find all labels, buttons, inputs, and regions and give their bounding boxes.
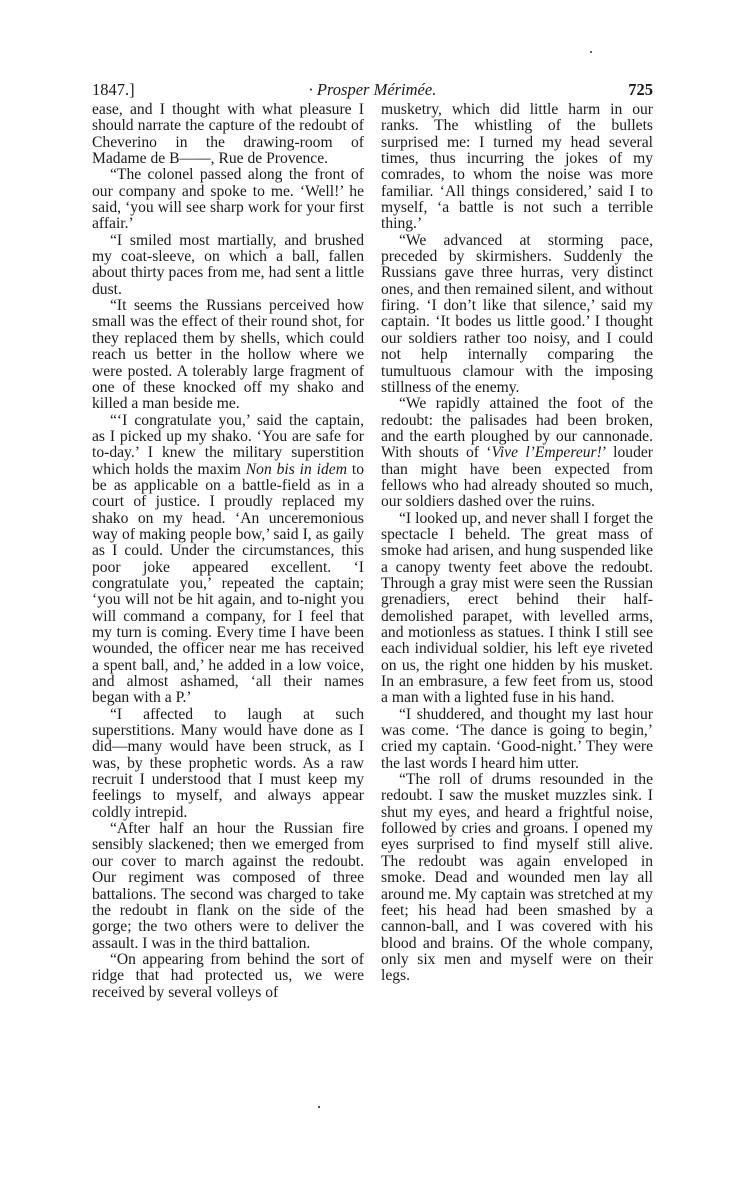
paragraph: “I looked up, and never shall I forget t… bbox=[381, 511, 653, 707]
print-speck-top bbox=[590, 51, 592, 53]
paragraph: “The colonel passed along the front of o… bbox=[92, 167, 364, 232]
paragraph: “‘I congratulate you,’ said the captain,… bbox=[92, 413, 364, 707]
french-exclamation: Vive l’Empereur! bbox=[491, 444, 601, 461]
paragraph: “On appearing from behind the sort of ri… bbox=[92, 952, 364, 1001]
running-head: 1847.] · Prosper Mérimée. 725 bbox=[92, 79, 653, 101]
paragraph: “I smiled most martially, and brushed my… bbox=[92, 233, 364, 298]
paragraph: “We advanced at storming pace, preceded … bbox=[381, 233, 653, 396]
latin-maxim: Non bis in idem bbox=[246, 461, 347, 478]
book-page: 1847.] · Prosper Mérimée. 725 ease, and … bbox=[92, 79, 653, 1001]
paragraph: ease, and I thought with what pleasure I… bbox=[92, 102, 364, 167]
paragraph: musketry, which did little harm in our r… bbox=[381, 102, 653, 233]
header-title: · Prosper Mérimée. bbox=[92, 79, 653, 101]
print-speck-bottom bbox=[318, 1106, 320, 1108]
text-run: to be as applicable on a battle-field as… bbox=[92, 461, 364, 707]
paragraph: “I affected to laugh at such superstitio… bbox=[92, 707, 364, 821]
paragraph: “After half an hour the Russian fire sen… bbox=[92, 821, 364, 952]
right-column: musketry, which did little harm in our r… bbox=[381, 102, 653, 1001]
left-column: ease, and I thought with what pleasure I… bbox=[92, 102, 364, 1001]
paragraph: “It seems the Russians perceived how sma… bbox=[92, 298, 364, 412]
paragraph: “We rapidly attained the foot of the red… bbox=[381, 396, 653, 510]
paragraph: “The roll of drums resounded in the redo… bbox=[381, 772, 653, 984]
two-column-body: ease, and I thought with what pleasure I… bbox=[92, 102, 653, 1001]
paragraph: “I shuddered, and thought my last hour w… bbox=[381, 707, 653, 772]
page-number: 725 bbox=[628, 79, 653, 101]
